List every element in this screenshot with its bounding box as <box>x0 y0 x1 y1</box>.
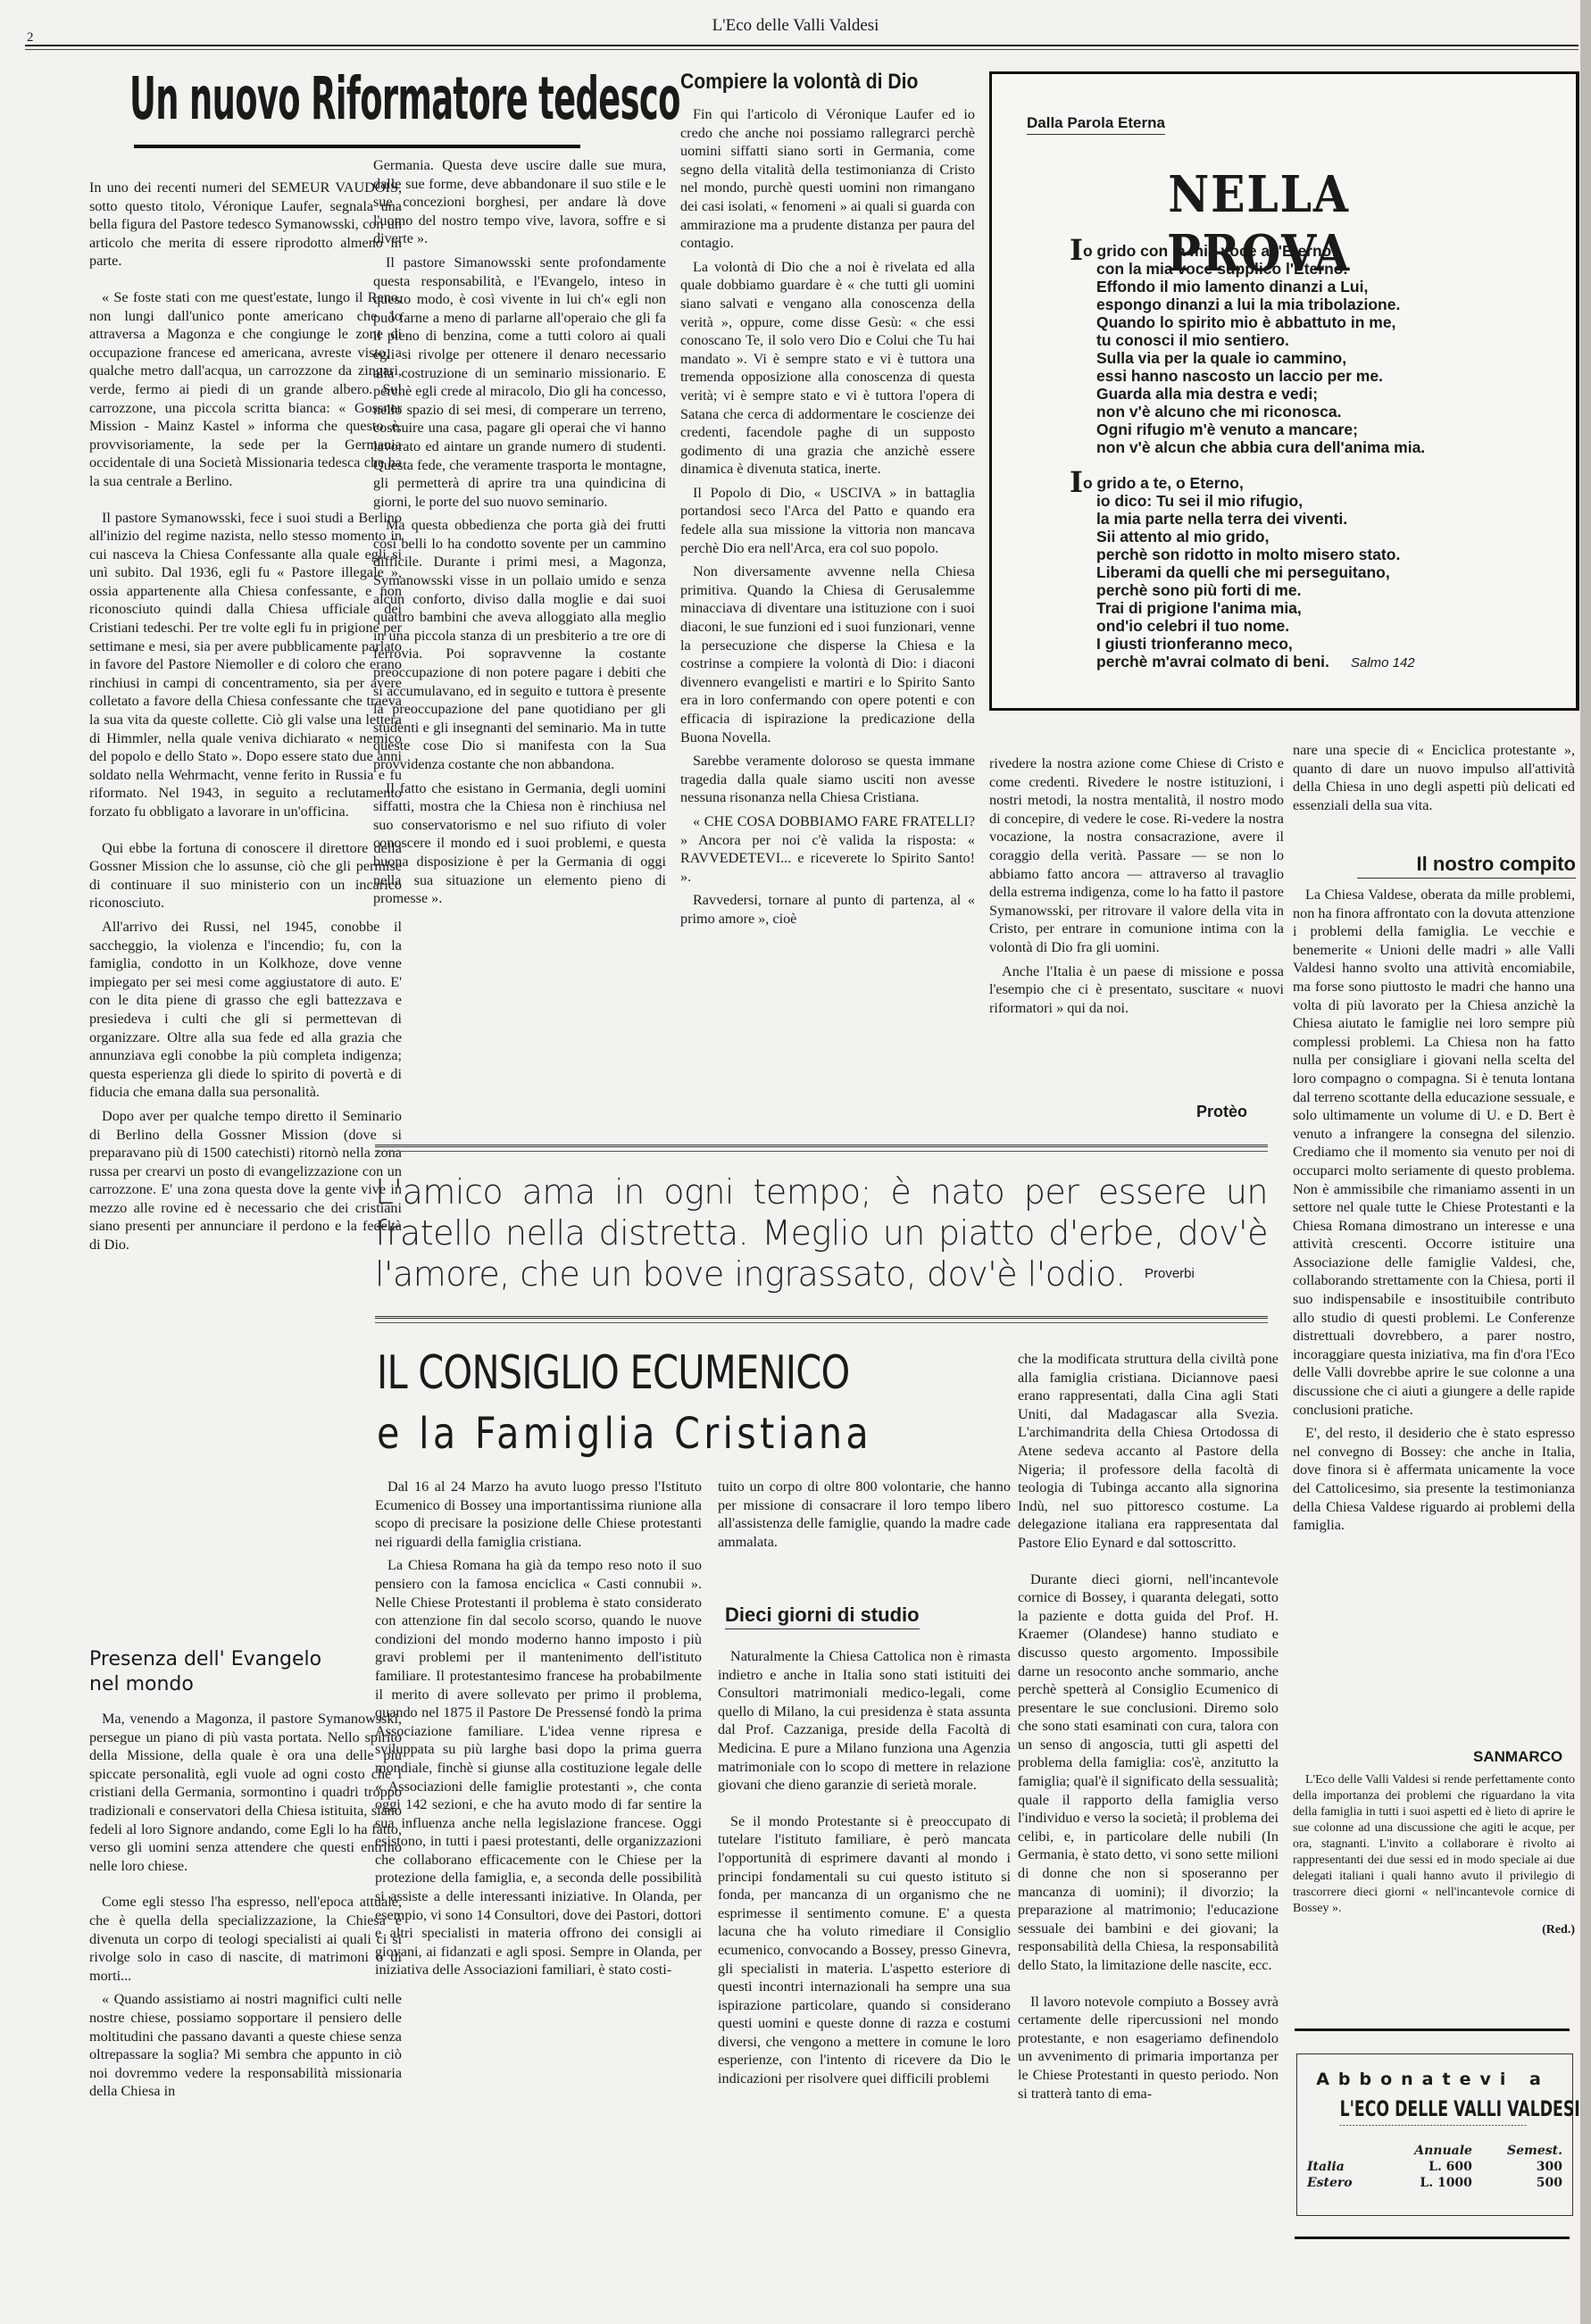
paragraph: E', del resto, il desiderio che è stato … <box>1293 1424 1575 1535</box>
paragraph: La Chiesa Romana ha già da tempo reso no… <box>375 1556 702 1979</box>
poem-line: Sii attento al mio grido, <box>1070 528 1534 546</box>
paragraph: Ma, venendo a Magonza, il pastore Symano… <box>89 1710 402 1875</box>
paragraph: Il pastore Simanowsski sente profondamen… <box>373 254 666 511</box>
poem-stanza-1: Io grido con la mia voce all'Eterno;con … <box>1070 241 1534 456</box>
paragraph: All'arrivo dei Russi, nel 1945, conobbe … <box>89 918 402 1102</box>
rate-semester: 500 <box>1474 2175 1564 2191</box>
poem-line: perchè son ridotto in molto misero stato… <box>1070 546 1534 563</box>
paragraph: Il Popolo di Dio, « USCIVA » in battagli… <box>680 484 975 557</box>
poem-source-label: Dalla Parola Eterna <box>1027 114 1165 135</box>
paragraph: L'Eco delle Valli Valdesi si rende perfe… <box>1293 1772 1575 1917</box>
paragraph: La Chiesa Valdese, oberata da mille prob… <box>1293 886 1575 1419</box>
column-1-cont: Ma, venendo a Magonza, il pastore Symano… <box>89 1710 402 2308</box>
editor-note: L'Eco delle Valli Valdesi si rende perfe… <box>1293 1772 1575 1938</box>
paragraph: « Quando assistiamo ai nostri magnifici … <box>89 1990 402 2101</box>
subheading-dieci-giorni: Dieci giorni di studio <box>725 1603 920 1629</box>
poem-line: con la mia voce supplico l'Eterno. <box>1070 260 1534 278</box>
rates-header-semester: Semest. <box>1474 2143 1564 2159</box>
rate-row: Estero L. 1000 500 <box>1305 2175 1564 2191</box>
editor-signature: (Red.) <box>1293 1922 1575 1938</box>
proverb-text: L'amico ama in ogni tempo; è nato per es… <box>375 1171 1268 1295</box>
column-consiglio-a: Dal 16 al 24 Marzo ha avuto luogo presso… <box>375 1478 702 2308</box>
poem-line: non v'è alcuno che mi riconosca. <box>1070 403 1534 421</box>
paragraph: rivedere la nostra azione come Chiese di… <box>989 754 1284 957</box>
proverb-source: Proverbi <box>1145 1266 1195 1281</box>
poem-line: Io grido a te, o Eterno, <box>1070 473 1534 492</box>
subscription-newspaper-name: L'ECO DELLE VALLI VALDESI <box>1340 2096 1527 2126</box>
paragraph: La volontà di Dio che a noi è rivelata e… <box>680 258 975 479</box>
paragraph: Se il mondo Protestante si è preoccupato… <box>718 1812 1011 2088</box>
poem-line: Trai di prigione l'anima mia, <box>1070 599 1534 617</box>
column-2: Germania. Questa deve uscire dalle sue m… <box>373 156 666 1134</box>
paragraph: Dopo aver per qualche tempo diretto il S… <box>89 1107 402 1254</box>
paragraph: Dal 16 al 24 Marzo ha avuto luogo presso… <box>375 1478 702 1551</box>
column-1: In uno dei recenti numeri del SEMEUR VAU… <box>89 179 402 1643</box>
proverb-rule-top <box>375 1145 1268 1152</box>
poem-line: tu conosci il mio sentiero. <box>1070 331 1534 349</box>
column-5: La Chiesa Valdese, oberata da mille prob… <box>1293 886 1575 1738</box>
rates-header-blank <box>1305 2143 1380 2159</box>
paragraph: Anche l'Italia è un paese di missione e … <box>989 962 1284 1018</box>
paragraph: In uno dei recenti numeri del SEMEUR VAU… <box>89 179 402 271</box>
rate-region: Estero <box>1305 2175 1380 2191</box>
signature-proteo: Protèo <box>1196 1103 1247 1121</box>
paragraph: nare una specie di « Enciclica protestan… <box>1293 741 1575 814</box>
page-number: 2 <box>27 30 34 46</box>
column-consiglio-b: tuito un corpo di oltre 800 volontarie, … <box>718 1478 1011 1556</box>
poem-line: Quando lo spirito mio è abbattuto in me, <box>1070 313 1534 331</box>
subheading-compito: Il nostro compito <box>1357 853 1576 879</box>
poem-stanza-2: Io grido a te, o Eterno,io dico: Tu sei … <box>1070 473 1534 672</box>
paragraph: Sarebbe veramente doloroso se questa imm… <box>680 752 975 807</box>
column-consiglio-b-cont: Naturalmente la Chiesa Cattolica non è r… <box>718 1647 1011 2308</box>
poem-line: Effondo il mio lamento dinanzi a Lui, <box>1070 278 1534 296</box>
poem-line: la mia parte nella terra dei viventi. <box>1070 510 1534 528</box>
paragraph: « CHE COSA DOBBIAMO FARE FRATELLI? » Anc… <box>680 812 975 886</box>
drop-cap: I <box>1070 465 1083 499</box>
paragraph: che la modificata struttura della civilt… <box>1018 1350 1279 1553</box>
poem-reference: Salmo 142 <box>1351 655 1415 671</box>
column-3: Fin qui l'articolo di Véronique Laufer e… <box>680 105 975 1132</box>
paragraph: Il pastore Symanowsski, fece i suoi stud… <box>89 509 402 821</box>
paragraph: Qui ebbe la fortuna di conoscere il dire… <box>89 839 402 912</box>
paragraph: « Se foste stati con me quest'estate, lu… <box>89 288 402 491</box>
poem-line: ond'io celebri il tuo nome. <box>1070 617 1534 635</box>
paragraph: Non diversamente avvenne nella Chiesa pr… <box>680 562 975 746</box>
headline-famiglia: e la Famiglia Cristiana <box>377 1409 872 1459</box>
rate-region: Italia <box>1305 2159 1380 2175</box>
poem-line: Ogni rifugio m'è venuto a mancare; <box>1070 421 1534 438</box>
poem-line: Sulla via per la quale io cammino, <box>1070 349 1534 367</box>
subscription-rule-bottom <box>1295 2237 1570 2239</box>
paragraph: Il fatto che esistano in Germania, degli… <box>373 779 666 908</box>
subscription-rates: Annuale Semest. Italia L. 600 300 Estero… <box>1305 2143 1564 2191</box>
subheading-presenza: Presenza dell' Evangelo nel mondo <box>89 1647 357 1697</box>
paragraph: Ravvedersi, tornare al punto di partenza… <box>680 891 975 928</box>
subscription-rule-top <box>1295 2028 1570 2031</box>
masthead-title: L'Eco delle Valli Valdesi <box>0 16 1591 36</box>
masthead-rule <box>25 45 1579 50</box>
paragraph: Germania. Questa deve uscire dalle sue m… <box>373 156 666 248</box>
paragraph: Naturalmente la Chiesa Cattolica non è r… <box>718 1647 1011 1795</box>
poem-line: Guarda alla mia destra e vedi; <box>1070 385 1534 403</box>
poem-line: Io grido con la mia voce all'Eterno; <box>1070 241 1534 260</box>
poem-line: perchè m'avrai colmato di beni.Salmo 142 <box>1070 653 1534 672</box>
poem-line: Liberami da quelli che mi perseguitano, <box>1070 563 1534 581</box>
rate-semester: 300 <box>1474 2159 1564 2175</box>
rate-annual: L. 1000 <box>1380 2175 1474 2191</box>
poem-line: io dico: Tu sei il mio rifugio, <box>1070 492 1534 510</box>
headline-compiere: Compiere la volontà di Dio <box>680 70 939 95</box>
headline-rule <box>134 145 580 148</box>
column-consiglio-c: che la modificata struttura della civilt… <box>1018 1350 1279 2310</box>
subscription-heading: Abbonatevi a <box>1304 2070 1562 2089</box>
poem-line: perchè sono più forti di me. <box>1070 581 1534 599</box>
poem-line: essi hanno nascosto un laccio per me. <box>1070 367 1534 385</box>
paragraph: Ma questa obbedienza che porta già dei f… <box>373 516 666 773</box>
rate-row: Italia L. 600 300 <box>1305 2159 1564 2175</box>
poem-line: I giusti trionferanno meco, <box>1070 635 1534 653</box>
proverb-rule-bottom <box>375 1316 1268 1323</box>
paragraph: tuito un corpo di oltre 800 volontarie, … <box>718 1478 1011 1551</box>
column-5-top: nare una specie di « Enciclica protestan… <box>1293 741 1575 820</box>
poem-line: espongo dinanzi a lui la mia tribolazion… <box>1070 296 1534 313</box>
paragraph: Fin qui l'articolo di Véronique Laufer e… <box>680 105 975 253</box>
signature-sanmarco: SANMARCO <box>1473 1748 1562 1766</box>
column-4: rivedere la nostra azione come Chiese di… <box>989 754 1284 1094</box>
paragraph: Come egli stesso l'ha espresso, nell'epo… <box>89 1893 402 1985</box>
paragraph: Durante dieci giorni, nell'incantevole c… <box>1018 1570 1279 1975</box>
drop-cap: I <box>1070 233 1083 267</box>
headline-consiglio: IL CONSIGLIO ECUMENICO <box>377 1346 849 1400</box>
headline-reformer: Un nuovo Riformatore tedesco <box>129 67 417 131</box>
rate-annual: L. 600 <box>1380 2159 1474 2175</box>
page-edge <box>1580 0 1591 2324</box>
poem-line: non v'è alcun che abbia cura dell'anima … <box>1070 438 1534 456</box>
rates-header-annual: Annuale <box>1380 2143 1474 2159</box>
paragraph: Il lavoro notevole compiuto a Bossey avr… <box>1018 1993 1279 2103</box>
